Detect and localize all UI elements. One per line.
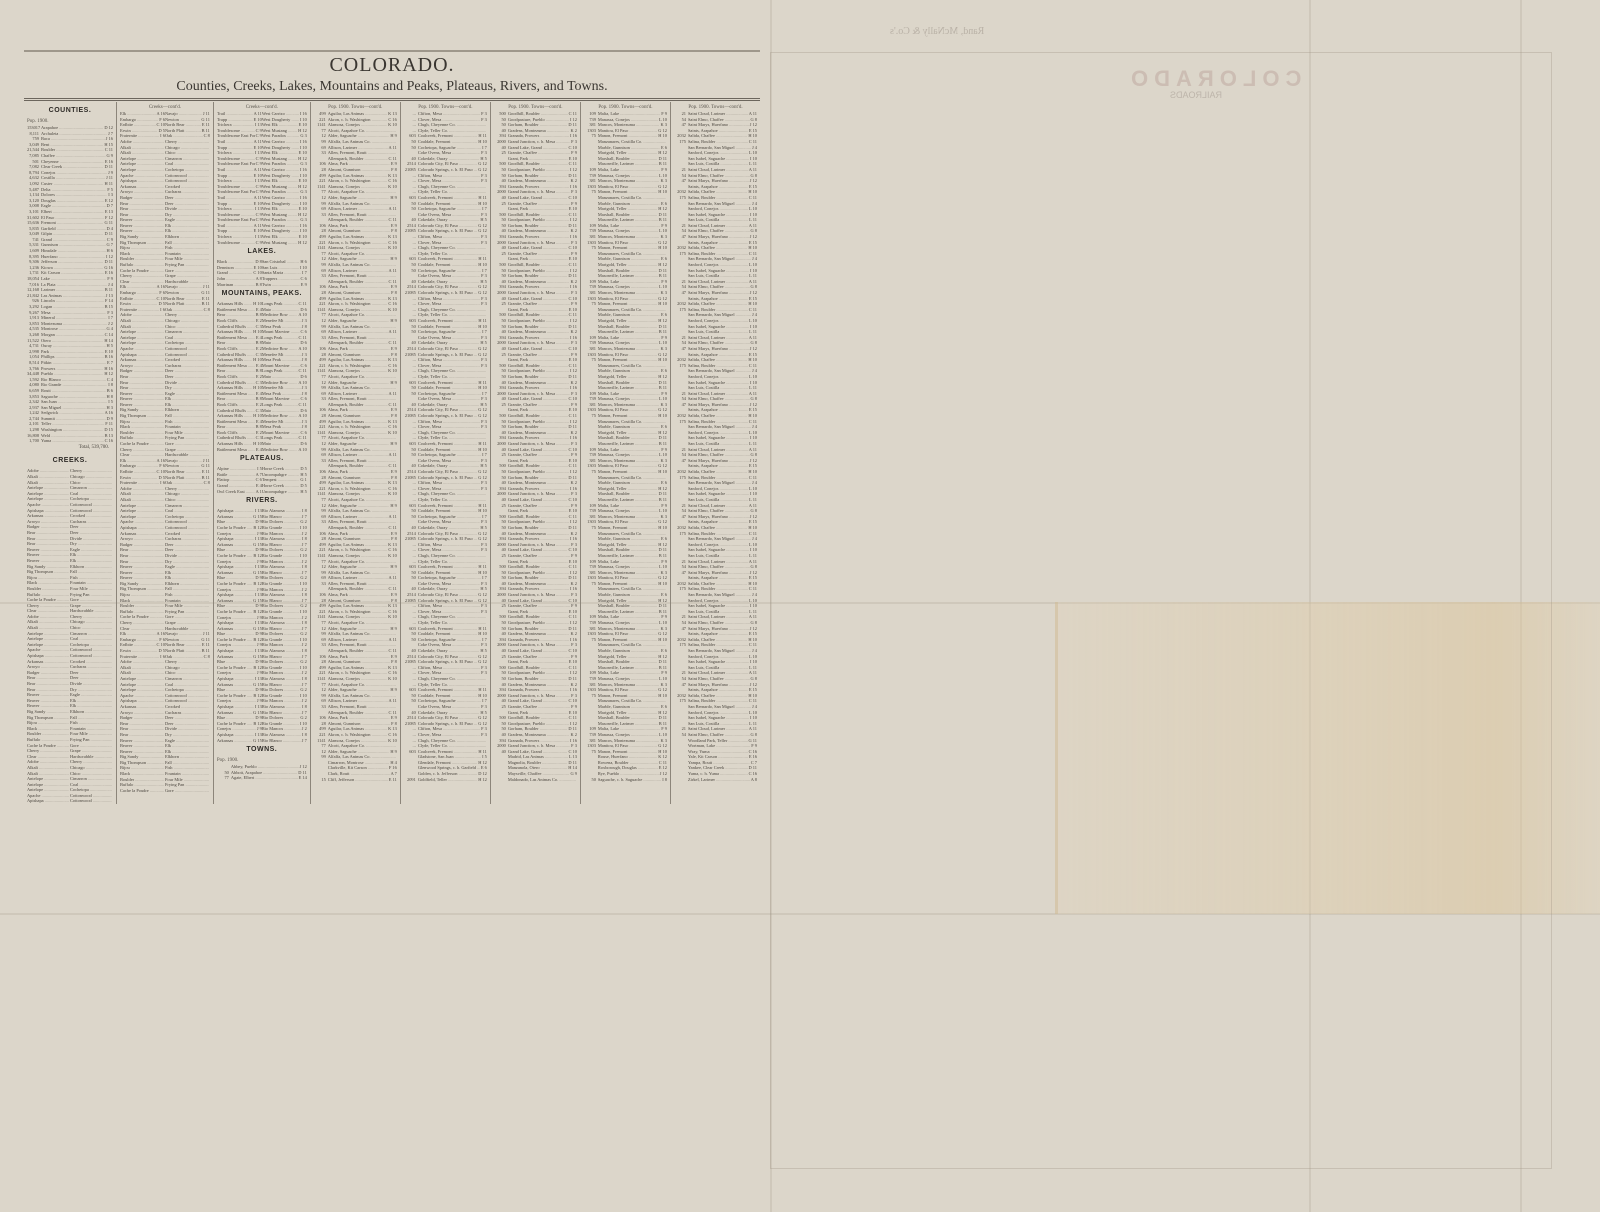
towns-list: Abbey, PuebloJ 1250Abbott, ArapahoeD 117… <box>217 764 307 781</box>
section-heading-lakes: LAKES. <box>217 247 307 257</box>
column-heading: Pop. 1900. Towns—cont'd. <box>674 104 757 111</box>
index-entry: Gore <box>165 788 210 794</box>
index-entry: Zirkel, LarimerA 8 <box>674 777 757 783</box>
index-entry: 2091Goldfield, TellerH 12 <box>404 777 487 783</box>
creeks-contd-list: ElkA 16NavajoJ 11EmbargoF 6NewtonG 11Erd… <box>120 111 210 793</box>
column-heading: Creeks—cont'd. <box>120 104 210 111</box>
bleed-through-subtitle: RAILROADS <box>1170 90 1222 100</box>
lakes-list: BlackD 8San CristobalH 6DennisonE 10San … <box>217 259 307 287</box>
index-entry: Battlement MesaE 4 <box>217 447 262 453</box>
towns-list: ...Clifton, MesaF 3...Clover, MesaF 3...… <box>404 111 487 782</box>
pop-label: Pop. 1900. <box>27 118 113 125</box>
index-entry: Owl Creek EastA 1 <box>217 489 262 495</box>
mountains-list: Arkansas HillsH 10Longs PeakC 11Battleme… <box>217 301 307 452</box>
index-columns: COUNTIES. Pop. 1900. 153017ArapahoeD 128… <box>24 102 760 804</box>
index-entry: Cache la Poudre <box>120 788 165 794</box>
column-towns-contd: Pop. 1900. Towns—cont'd. 500Goodhill, Bo… <box>491 102 581 804</box>
creeks-contd-list: TrailA 11West CarrizoI 16TrappE 10West D… <box>217 111 307 245</box>
double-rule <box>24 100 760 101</box>
pop-label: Pop. 1900. <box>217 757 307 764</box>
index-entry: ArkansasG 15 <box>217 738 262 744</box>
section-heading-towns: TOWNS. <box>217 745 307 755</box>
index-sheet: COLORADO. Counties, Creeks, Lakes, Mount… <box>24 50 760 804</box>
index-entry: West MustangH 12 <box>262 240 307 246</box>
index-entry: 50Saguache, c. h. SaguacheI 8 <box>584 777 667 783</box>
column-towns-contd: Pop. 1900. Towns—cont'd. 21Saint Cloud, … <box>671 102 760 804</box>
column-mixed: Creeks—cont'd. TrailA 11West CarrizoI 16… <box>214 102 311 804</box>
page-subtitle: Counties, Creeks, Lakes, Mountains and P… <box>24 79 760 95</box>
bleed-through-publisher: Rand, McNally & Co.'s <box>890 26 984 37</box>
bleed-through-frame <box>770 52 1552 1169</box>
towns-list: 21Saint Cloud, LarimerA 1154Saint Elmo, … <box>674 111 757 782</box>
column-counties: COUNTIES. Pop. 1900. 153017ArapahoeD 128… <box>24 102 117 804</box>
column-heading: Pop. 1900. Towns—cont'd. <box>494 104 577 111</box>
index-entry: Medicine BowA 10 <box>262 447 307 453</box>
index-entry: MarrinanB 8 <box>217 282 262 288</box>
section-heading-counties: COUNTIES. <box>27 106 113 116</box>
index-entry: 77Agate, ElbertE 14 <box>217 775 307 781</box>
section-heading-creeks: CREEKS. <box>27 456 113 466</box>
index-entry: 1,700YumaC 16 <box>27 438 113 444</box>
index-entry: Rio BlancoJ 7 <box>262 738 307 744</box>
column-towns-contd: Pop. 1900. Towns—cont'd. 109Malta, LakeF… <box>581 102 671 804</box>
column-towns-contd: Pop. 1900. Towns—cont'd. ...Clifton, Mes… <box>401 102 491 804</box>
counties-total: Total, 539,700. <box>27 445 109 451</box>
rivers-list: ApishapaI 13Rio AlamosaI 8ArkansasG 15Ri… <box>217 508 307 743</box>
double-rule <box>24 98 760 99</box>
towns-list: 109Malta, LakeF 9739Manassa, ConejosL 10… <box>584 111 667 782</box>
bleed-through-title: COLORADO <box>1125 66 1301 92</box>
counties-list: 153017ArapahoeD 128,111ArchuletaJ 7759Ba… <box>27 125 113 444</box>
creeks-list: AdobeCherryAlkaliChicagoAlkaliChicoAntel… <box>27 468 113 804</box>
column-heading: Pop. 1900. Towns—cont'd. <box>314 104 397 111</box>
section-heading-plateaus: PLATEAUS. <box>217 454 307 464</box>
index-entry: 15Cliff, JeffersonE 11 <box>314 777 397 783</box>
column-heading: Pop. 1900. Towns—cont'd. <box>404 104 487 111</box>
section-heading-rivers: RIVERS. <box>217 496 307 506</box>
column-heading: Pop. 1900. Towns—cont'd. <box>584 104 667 111</box>
index-entry: TwinE 9 <box>262 282 307 288</box>
index-entry: UncompahgreH 5 <box>262 489 307 495</box>
column-heading: Creeks—cont'd. <box>217 104 307 111</box>
towns-list: 499Aguilar, Las AnimasK 13221Akron, c. h… <box>314 111 397 782</box>
plateaus-list: AlpineI 5Horse CreekD 5BattleA 7Uncompah… <box>217 466 307 494</box>
index-entry: TroublesomeC 9 <box>217 240 262 246</box>
column-towns-contd: Pop. 1900. Towns—cont'd. 499Aguilar, Las… <box>311 102 401 804</box>
index-entry: Maldonado, Las Animas Co. <box>494 777 577 783</box>
page-title: COLORADO. <box>24 54 760 77</box>
section-heading-mountains: MOUNTAINS, PEAKS. <box>217 289 307 299</box>
column-creeks-contd: Creeks—cont'd. ElkA 16NavajoJ 11EmbargoF… <box>117 102 214 804</box>
towns-list: 500Goodhill, BoulderC 1150Goodpasture, P… <box>494 111 577 782</box>
